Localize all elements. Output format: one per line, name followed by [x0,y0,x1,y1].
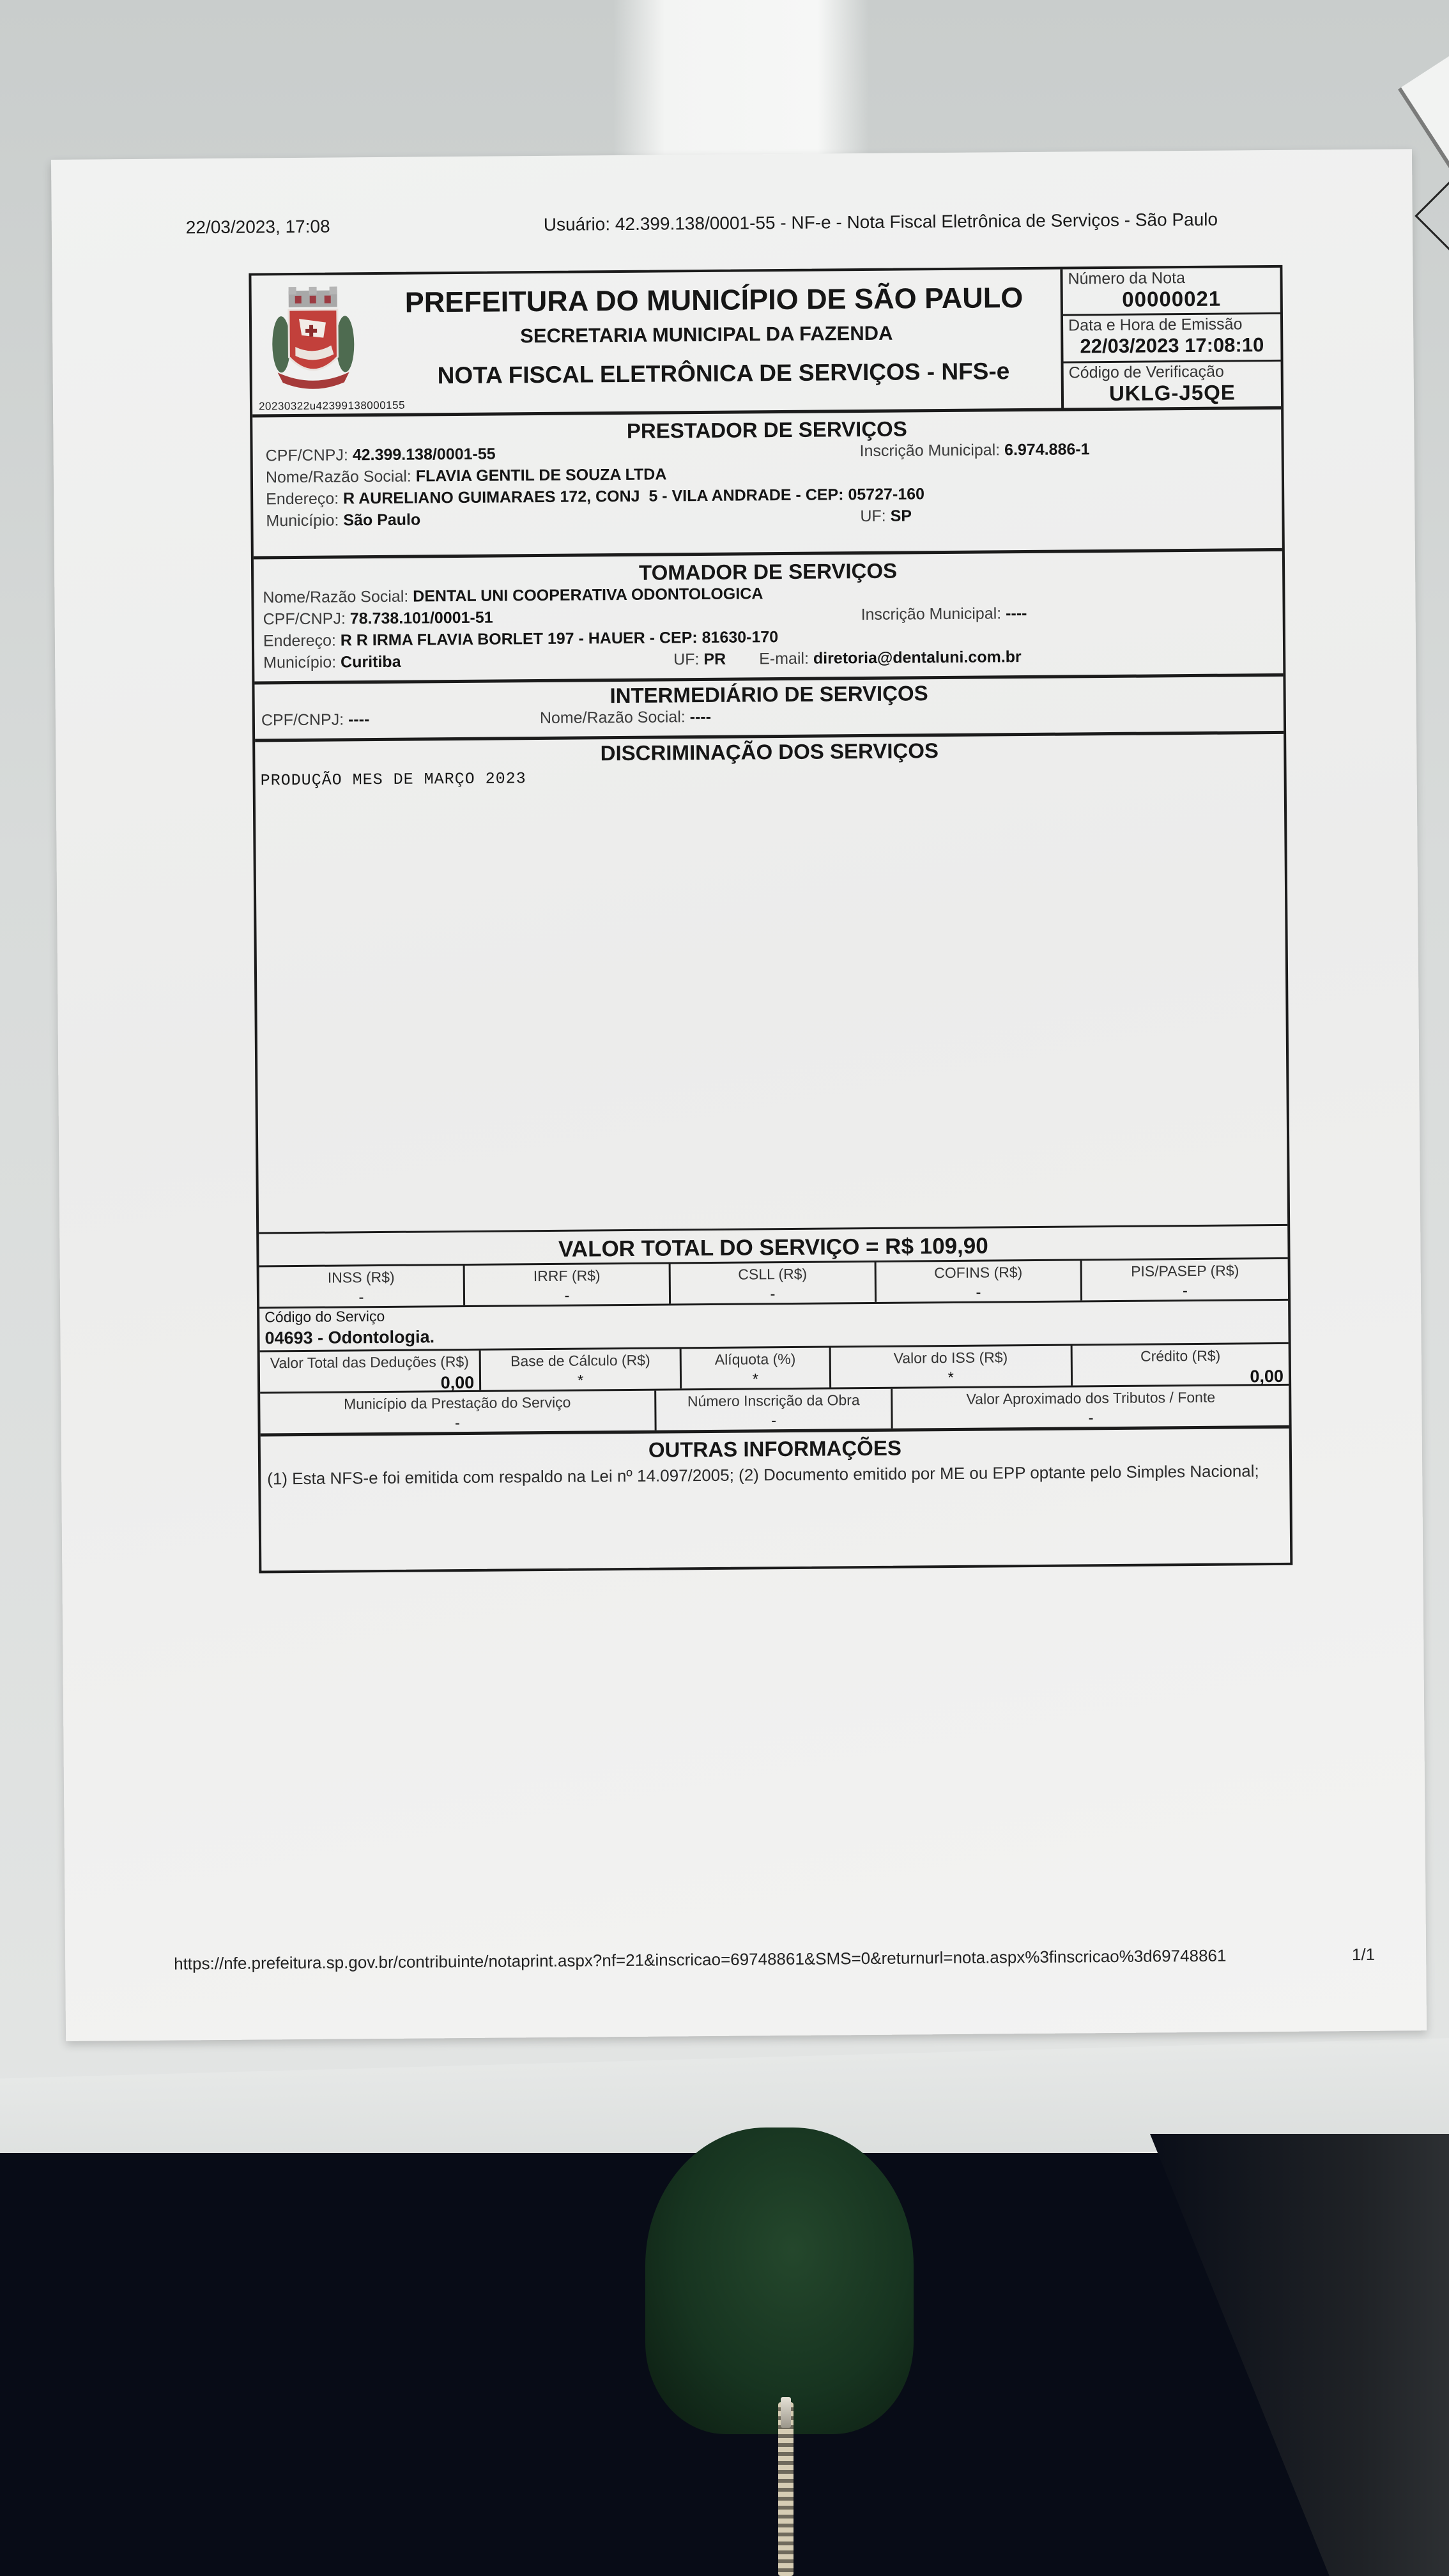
footer-page-number: 1/1 [1352,1945,1375,1965]
deducoes-label: Valor Total das Deduções (R$) [270,1353,469,1371]
prestador-uf: SP [891,507,912,525]
emissao-value: 22/03/2023 17:08:10 [1068,333,1275,358]
zipper-pull [781,2397,791,2428]
tomador-email: diretoria@dentaluni.com.br [813,648,1022,668]
tomador-uf: PR [703,650,726,668]
deducoes-value: 0,00 [260,1373,479,1395]
prestador-im-label: Inscrição Municipal: [860,441,1000,460]
prestador-municipio: São Paulo [343,510,420,529]
base-calculo-cell: Base de Cálculo (R$) * [481,1349,682,1390]
zipper [778,2402,793,2576]
header-info-panel: Número da Nota 00000021 Data e Hora de E… [1062,268,1281,408]
inss-value: - [259,1288,463,1308]
tomador-section: TOMADOR DE SERVIÇOS Nome/Razão Social: D… [254,551,1283,685]
tomador-uf-label: UF: [673,650,699,668]
header-title: PREFEITURA DO MUNICÍPIO DE SÃO PAULO [405,281,1023,319]
aliquota-cell: Alíquota (%) * [682,1347,831,1388]
pis-pasep-value: - [1082,1282,1288,1301]
prestador-nome: FLAVIA GENTIL DE SOUZA LTDA [416,465,667,485]
municipio-prestacao-value: - [260,1413,654,1434]
print-datetime: 22/03/2023, 17:08 [186,217,330,238]
emissao-label: Data e Hora de Emissão [1068,314,1275,335]
light-reflection [613,0,869,166]
tomador-cnpj-label: CPF/CNPJ: [263,609,346,628]
credito-cell: Crédito (R$) 0,00 [1072,1344,1289,1386]
outras-informacoes-section: OUTRAS INFORMAÇÕES (1) Esta NFS-e foi em… [261,1429,1291,1571]
tomador-endereco-label: Endereço: [263,632,336,650]
csll-value: - [671,1285,875,1305]
discriminacao-section: DISCRIMINAÇÃO DOS SERVIÇOS PRODUÇÃO MES … [255,734,1287,1234]
prestador-section: PRESTADOR DE SERVIÇOS CPF/CNPJ: 42.399.1… [252,410,1282,560]
prestador-nome-label: Nome/Razão Social: [266,468,411,487]
base-calculo-value: * [481,1371,680,1390]
codigo-servico-section: Código do Serviço 04693 - Odontologia. [259,1301,1288,1353]
numero-nota-label: Número da Nota [1068,268,1275,289]
header-subtitle: SECRETARIA MUNICIPAL DA FAZENDA [520,322,893,348]
prestador-uf-label: UF: [860,507,885,525]
municipio-prestacao-label: Município da Prestação do Serviço [344,1394,571,1413]
tomador-municipio: Curitiba [341,653,401,671]
irrf-value: - [465,1286,669,1306]
intermediario-cnpj: ---- [348,710,370,728]
tributos-value: - [893,1408,1289,1429]
pis-pasep-cell: PIS/PASEP (R$) - [1082,1259,1288,1301]
municipio-prestacao-cell: Município da Prestação do Serviço - [260,1391,656,1434]
tomador-im: ---- [1006,604,1027,622]
pis-pasep-label: PIS/PASEP (R$) [1131,1262,1239,1279]
prestador-endereco-label: Endereço: [266,489,339,508]
numero-nota-value: 00000021 [1068,287,1275,312]
verificacao-value: UKLG-J5QE [1069,381,1276,406]
nfse-document: 20230322u42399138000155 PREFEITURA DO MU… [249,265,1292,1574]
irrf-label: IRRF (R$) [533,1267,601,1284]
print-user-line: Usuário: 42.399.138/0001-55 - NF-e - Not… [544,210,1218,235]
verificacao-label: Código de Verificação [1069,362,1276,383]
codigo-servico-value: 04693 - Odontologia. [264,1321,1288,1349]
valor-iss-label: Valor do ISS (R$) [894,1349,1008,1366]
verificacao-cell: Código de Verificação UKLG-J5QE [1064,362,1282,408]
credito-label: Crédito (R$) [1140,1347,1220,1365]
inss-label: INSS (R$) [328,1269,395,1286]
intermediario-nome: ---- [690,708,712,726]
cofins-label: COFINS (R$) [934,1264,1022,1281]
base-calculo-label: Base de Cálculo (R$) [510,1352,650,1370]
tomador-nome-label: Nome/Razão Social: [263,588,408,607]
printed-page: 22/03/2023, 17:08 Usuário: 42.399.138/00… [51,149,1427,2041]
tomador-nome: DENTAL UNI COOPERATIVA ODONTOLOGICA [413,585,763,605]
intermediario-nome-label: Nome/Razão Social: [540,708,686,727]
cofins-value: - [877,1283,1080,1303]
inscricao-obra-cell: Número Inscrição da Obra - [656,1389,893,1430]
credito-value: 0,00 [1073,1367,1289,1388]
cofins-cell: COFINS (R$) - [877,1261,1082,1302]
tomador-email-label: E-mail: [759,650,809,668]
nfse-header: 20230322u42399138000155 PREFEITURA DO MU… [251,268,1281,418]
print-footer: https://nfe.prefeitura.sp.gov.br/contrib… [174,1945,1375,1954]
green-fabric [645,2127,914,2434]
inscricao-obra-label: Número Inscrição da Obra [687,1391,860,1409]
inscricao-obra-value: - [656,1411,891,1431]
emissao-cell: Data e Hora de Emissão 22/03/2023 17:08:… [1063,314,1281,363]
irrf-cell: IRRF (R$) - [465,1264,671,1305]
csll-label: CSLL (R$) [738,1266,807,1283]
prestador-cnpj-label: CPF/CNPJ: [266,446,348,464]
print-header: 22/03/2023, 17:08 Usuário: 42.399.138/00… [186,209,1304,218]
valor-iss-value: * [831,1368,1071,1388]
tributos-label: Valor Aproximado dos Tributos / Fonte [966,1389,1215,1407]
tomador-endereco: R R IRMA FLAVIA BORLET 197 - HAUER - CEP… [341,628,779,649]
aliquota-value: * [682,1370,829,1389]
tomador-municipio-label: Município: [263,654,336,672]
inss-cell: INSS (R$) - [259,1266,465,1307]
prestador-im: 6.974.886-1 [1004,440,1090,459]
prestacao-grid: Município da Prestação do Serviço - Núme… [260,1386,1289,1437]
header-titles: 20230322u42399138000155 PREFEITURA DO MU… [251,270,1064,415]
valor-iss-cell: Valor do ISS (R$) * [831,1346,1073,1388]
prestador-endereco: R AURELIANO GUIMARAES 172, CONJ 5 - VILA… [343,485,924,507]
csll-cell: CSLL (R$) - [671,1262,877,1304]
header-doc-type: NOTA FISCAL ELETRÔNICA DE SERVIÇOS - NFS… [438,358,1010,389]
prestador-cnpj: 42.399.138/0001-55 [353,445,496,464]
tomador-cnpj: 78.738.101/0001-51 [350,609,493,628]
intermediario-section: INTERMEDIÁRIO DE SERVIÇOS CPF/CNPJ: ----… [254,677,1284,742]
aliquota-label: Alíquota (%) [715,1351,796,1368]
tomador-im-label: Inscrição Municipal: [861,604,1002,624]
tributos-cell: Valor Aproximado dos Tributos / Fonte - [893,1386,1289,1429]
coat-of-arms-icon [267,286,360,395]
numero-nota-cell: Número da Nota 00000021 [1062,268,1280,316]
footer-url: https://nfe.prefeitura.sp.gov.br/contrib… [174,1946,1226,1974]
deducoes-cell: Valor Total das Deduções (R$) 0,00 [260,1351,482,1392]
codigo-servico-label: Código do Serviço [264,1308,385,1325]
barcode-text: 20230322u42399138000155 [259,399,405,413]
prestador-municipio-label: Município: [266,511,339,530]
intermediario-cnpj-label: CPF/CNPJ: [261,710,344,729]
